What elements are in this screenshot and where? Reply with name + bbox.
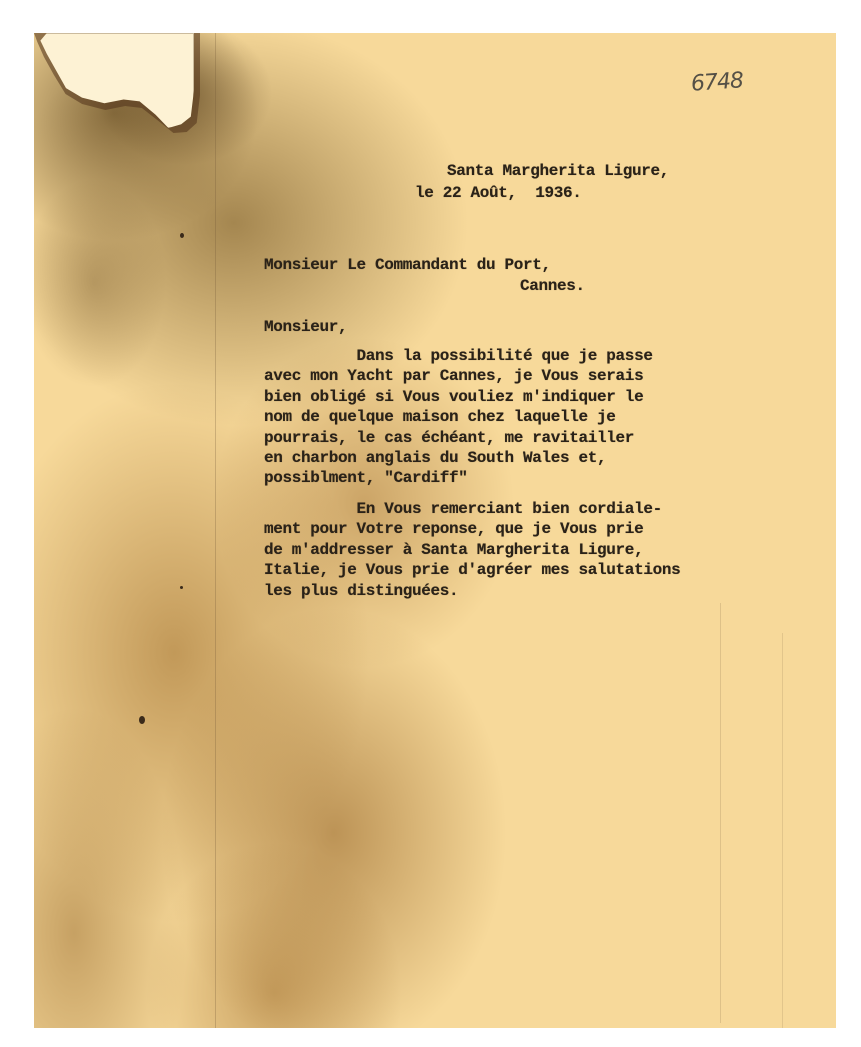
letter-page: 6748 Santa Margherita Ligure, le 22 Août… <box>34 33 836 1028</box>
text-line: en charbon anglais du South Wales et, <box>264 448 653 468</box>
body-paragraph-2: En Vous remerciant bien cordiale- ment p… <box>264 499 680 601</box>
text-line: bien obligé si Vous vouliez m'indiquer l… <box>264 387 653 407</box>
body-paragraph-1: Dans la possibilité que je passe avec mo… <box>264 346 653 489</box>
text-line: possiblment, "Cardiff" <box>264 468 653 488</box>
text-line: pourrais, le cas échéant, me ravitailler <box>264 428 653 448</box>
letter-date: le 22 Août, 1936. <box>415 183 582 203</box>
fold-crease <box>782 633 783 1028</box>
fold-crease <box>215 33 216 1028</box>
ink-spot <box>180 233 184 238</box>
text-line: ment pour Votre reponse, que je Vous pri… <box>264 519 680 539</box>
text-line: Dans la possibilité que je passe <box>264 346 653 366</box>
ink-spot <box>180 586 183 589</box>
salutation: Monsieur, <box>264 317 347 337</box>
fold-crease <box>720 603 721 1023</box>
letter-place: Santa Margherita Ligure, <box>447 161 669 181</box>
ink-spot <box>139 716 145 724</box>
text-line: avec mon Yacht par Cannes, je Vous serai… <box>264 366 653 386</box>
text-line: En Vous remerciant bien cordiale- <box>264 499 680 519</box>
text-line: nom de quelque maison chez laquelle je <box>264 407 653 427</box>
text-line: Italie, je Vous prie d'agréer mes saluta… <box>264 560 680 580</box>
catalog-number: 6748 <box>690 68 744 97</box>
text-line: de m'addresser à Santa Margherita Ligure… <box>264 540 680 560</box>
recipient-line-2: Cannes. <box>520 276 585 296</box>
text-line: les plus distinguées. <box>264 581 680 601</box>
recipient-line-1: Monsieur Le Commandant du Port, <box>264 255 551 275</box>
